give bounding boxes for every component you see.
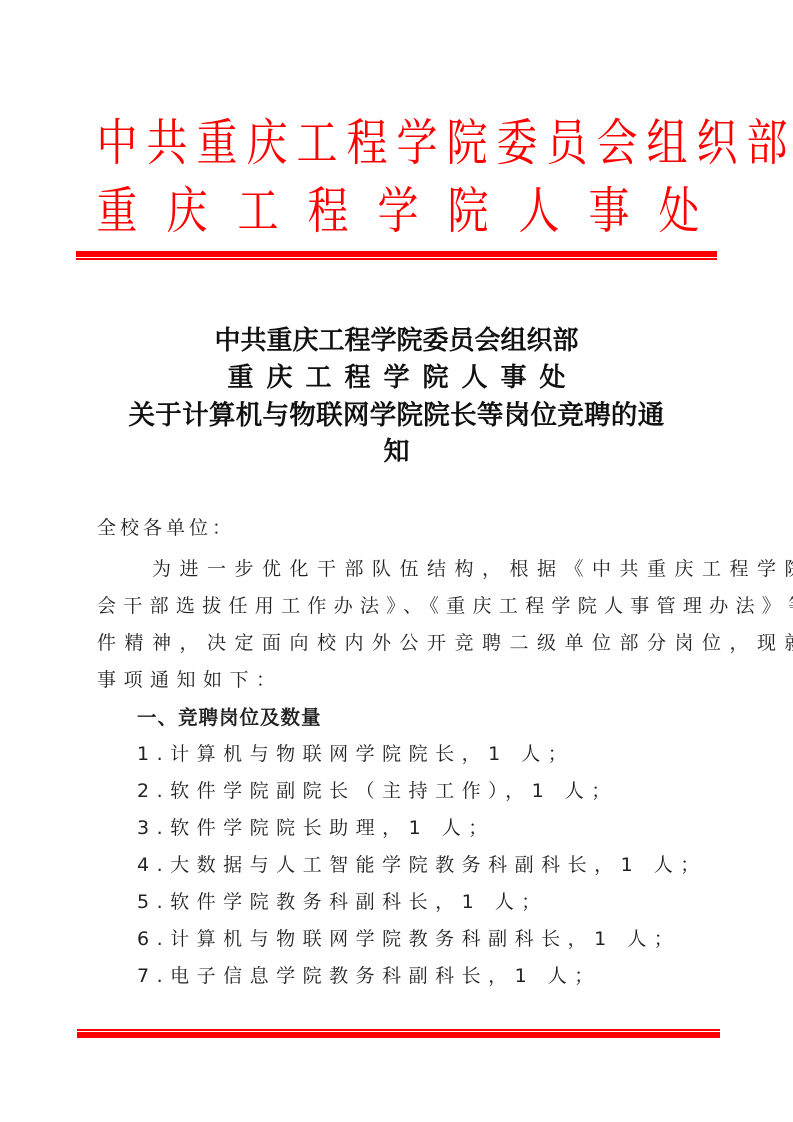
letterhead-char: 院 bbox=[448, 182, 489, 240]
top-rule-thin bbox=[76, 258, 717, 260]
title-line-3: 关于计算机与物联网学院院长等岗位竞聘的通 bbox=[0, 397, 793, 434]
letterhead-char: 中 bbox=[97, 114, 138, 172]
letterhead-char: 重 bbox=[97, 182, 138, 240]
letterhead-char: 工 bbox=[237, 182, 278, 240]
document-page: 中 共 重 庆 工 程 学 院 委 员 会 组 织 部 重 庆 工 程 学 院 … bbox=[0, 0, 793, 1122]
paragraph-line-2: 会干部选拔任用工作办法》、《重庆工程学院人事管理办法》等文 bbox=[97, 588, 793, 625]
letterhead-char: 庆 bbox=[167, 182, 208, 240]
letterhead-char: 委 bbox=[497, 114, 538, 172]
title-line-4: 知 bbox=[0, 434, 793, 471]
letterhead-char: 组 bbox=[647, 114, 688, 172]
letterhead-char: 学 bbox=[397, 114, 438, 172]
letterhead-char: 学 bbox=[378, 182, 419, 240]
letterhead-char: 事 bbox=[588, 182, 629, 240]
bottom-rule-thin bbox=[77, 1029, 720, 1031]
position-item: 3.软件学院院长助理，1 人； bbox=[137, 810, 495, 847]
letterhead-char: 工 bbox=[297, 114, 338, 172]
title-line-2: 重庆工程学院人事处 bbox=[0, 360, 793, 397]
letterhead-char: 员 bbox=[547, 114, 588, 172]
letterhead-line-1: 中 共 重 庆 工 程 学 院 委 员 会 组 织 部 bbox=[92, 114, 704, 172]
bottom-rule-thick bbox=[77, 1032, 720, 1038]
letterhead-char: 庆 bbox=[247, 114, 288, 172]
letterhead-char: 人 bbox=[518, 182, 559, 240]
title-line-1: 中共重庆工程学院委员会组织部 bbox=[0, 323, 793, 360]
letterhead-char: 织 bbox=[697, 114, 738, 172]
letterhead-char: 程 bbox=[307, 182, 348, 240]
letterhead-char: 部 bbox=[747, 114, 788, 172]
salutation: 全校各单位： bbox=[97, 510, 235, 547]
letterhead-char: 处 bbox=[659, 182, 700, 240]
paragraph-line-3: 件精神，决定面向校内外公开竞聘二级单位部分岗位，现就有关 bbox=[97, 625, 793, 662]
position-item: 4.大数据与人工智能学院教务科副科长，1 人； bbox=[137, 847, 707, 884]
letterhead-line-2: 重 庆 工 程 学 院 人 事 处 bbox=[92, 182, 704, 240]
paragraph-line-4: 事项通知如下： bbox=[97, 662, 283, 699]
letterhead-char: 程 bbox=[347, 114, 388, 172]
letterhead-char: 院 bbox=[447, 114, 488, 172]
paragraph-line-1: 为进一步优化干部队伍结构，根据《中共重庆工程学院委员 bbox=[97, 551, 793, 588]
letterhead-char: 共 bbox=[147, 114, 188, 172]
position-item: 7.电子信息学院教务科副科长，1 人； bbox=[137, 958, 601, 995]
section-heading-positions: 一、竞聘岗位及数量 bbox=[137, 699, 322, 736]
letterhead-char: 会 bbox=[597, 114, 638, 172]
top-rule-thick bbox=[76, 251, 717, 257]
position-item: 6.计算机与物联网学院教务科副科长，1 人； bbox=[137, 921, 680, 958]
position-item: 5.软件学院教务科副科长，1 人； bbox=[137, 884, 548, 921]
position-item: 2.软件学院副院长（主持工作），1 人； bbox=[137, 773, 618, 810]
position-item: 1.计算机与物联网学院院长，1 人； bbox=[137, 736, 574, 773]
letterhead-char: 重 bbox=[197, 114, 238, 172]
